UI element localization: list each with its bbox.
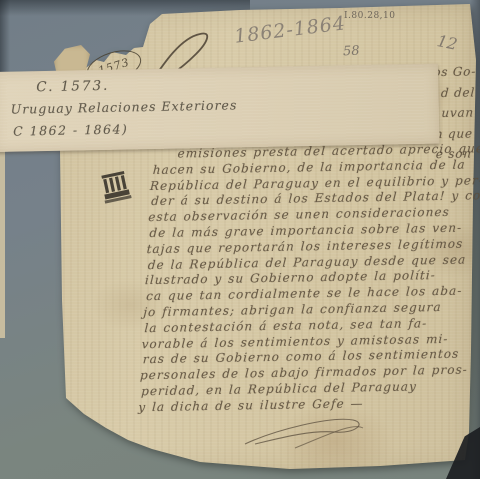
label-collection-number: C. 1573. — [36, 78, 109, 95]
pencil-corner-mark: 12 — [435, 31, 459, 54]
archival-photograph: 1573 1862-1864 I.80.28,10 58 12 C. 1573.… — [0, 0, 480, 479]
label-date-range: C 1862 - 1864) — [13, 121, 128, 138]
label-collection-title: Uruguay Relaciones Exteriores — [11, 97, 238, 116]
archive-label: C. 1573. Uruguay Relaciones Exteriores C… — [0, 63, 439, 152]
pencil-page-number: 58 — [343, 44, 360, 60]
pencil-archive-code: I.80.28,10 — [344, 11, 396, 21]
rubric-flourish-icon — [235, 408, 375, 453]
manuscript-text: emisiones presta del acertado aprecio qu… — [138, 141, 476, 415]
